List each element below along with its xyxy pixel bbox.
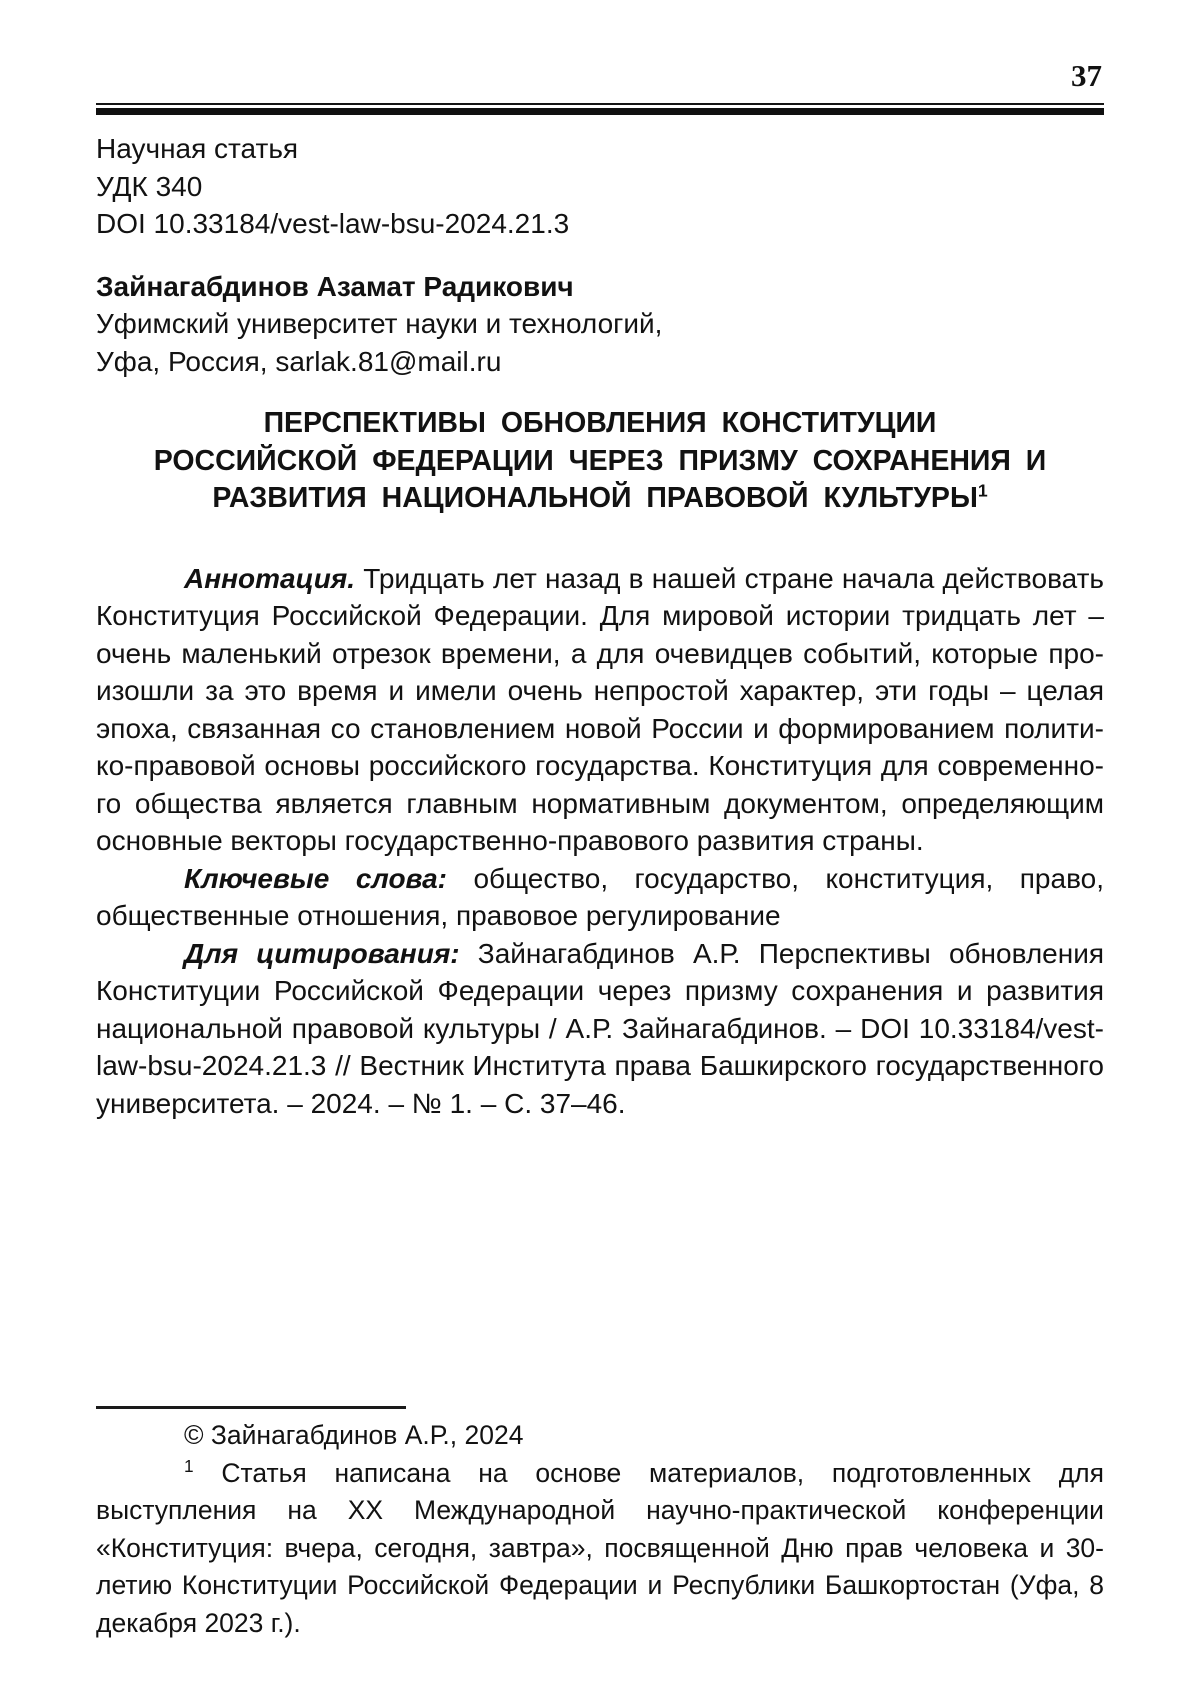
footnote-separator [96,1406,406,1409]
journal-page: 37 Научная статья УДК 340 DOI 10.33184/v… [0,0,1200,1697]
title-footnote-ref: 1 [978,481,988,501]
keywords-paragraph: Ключевые слова: общество, государство, к… [96,860,1104,935]
citation-label: Для цитирования: [184,938,460,969]
footnote-area: © Зайнагабдинов А.Р., 2024 1 Статья напи… [96,1406,1104,1642]
title-line-1: ПЕРСПЕКТИВЫ ОБНОВЛЕНИЯ КОНСТИТУЦИИ [96,405,1104,443]
author-affiliation: Уфимский университет науки и технологий, [96,305,1104,343]
keywords-label: Ключевые слова: [184,863,447,894]
article-type-label: Научная статья [96,130,1104,168]
udc-code: УДК 340 [96,168,1104,206]
author-location: Уфа, Россия, [96,346,275,377]
footnote-text: Статья написана на основе материалов, по… [96,1458,1104,1638]
abstract-paragraph: Аннотация. Тридцать лет назад в нашей ст… [96,560,1104,860]
citation-paragraph: Для цитирования: Зайнагабдинов А.Р. Перс… [96,935,1104,1123]
title-line-3: РАЗВИТИЯ НАЦИОНАЛЬНОЙ ПРАВОВОЙ КУЛЬТУРЫ1 [96,480,1104,518]
article-meta: Научная статья УДК 340 DOI 10.33184/vest… [96,130,1104,243]
abstract-label: Аннотация. [184,563,355,594]
author-email: sarlak.81@mail.ru [275,346,501,377]
abstract-text: Тридцать лет назад в нашей стране начала… [96,563,1104,857]
title-line-2: РОССИЙСКОЙ ФЕДЕРАЦИИ ЧЕРЕЗ ПРИЗМУ СОХРАН… [96,443,1104,481]
author-contact-line: Уфа, Россия, sarlak.81@mail.ru [96,343,1104,381]
footnote-ref-marker: 1 [184,1456,194,1476]
header-rule [96,103,1104,115]
article-title: ПЕРСПЕКТИВЫ ОБНОВЛЕНИЯ КОНСТИТУЦИИ РОССИ… [96,405,1104,518]
title-line-3-text: РАЗВИТИЯ НАЦИОНАЛЬНОЙ ПРАВОВОЙ КУЛЬТУРЫ [212,482,978,514]
author-block: Зайнагабдинов Азамат Радикович Уфимский … [96,268,1104,381]
footnote-paragraph: 1 Статья написана на основе материалов, … [96,1455,1104,1643]
copyright-line: © Зайнагабдинов А.Р., 2024 [96,1417,1104,1455]
page-content: Научная статья УДК 340 DOI 10.33184/vest… [96,130,1104,1122]
page-number: 37 [1071,60,1102,91]
doi-line: DOI 10.33184/vest-law-bsu-2024.21.3 [96,205,1104,243]
article-body: Аннотация. Тридцать лет назад в нашей ст… [96,560,1104,1123]
author-name: Зайнагабдинов Азамат Радикович [96,268,1104,306]
